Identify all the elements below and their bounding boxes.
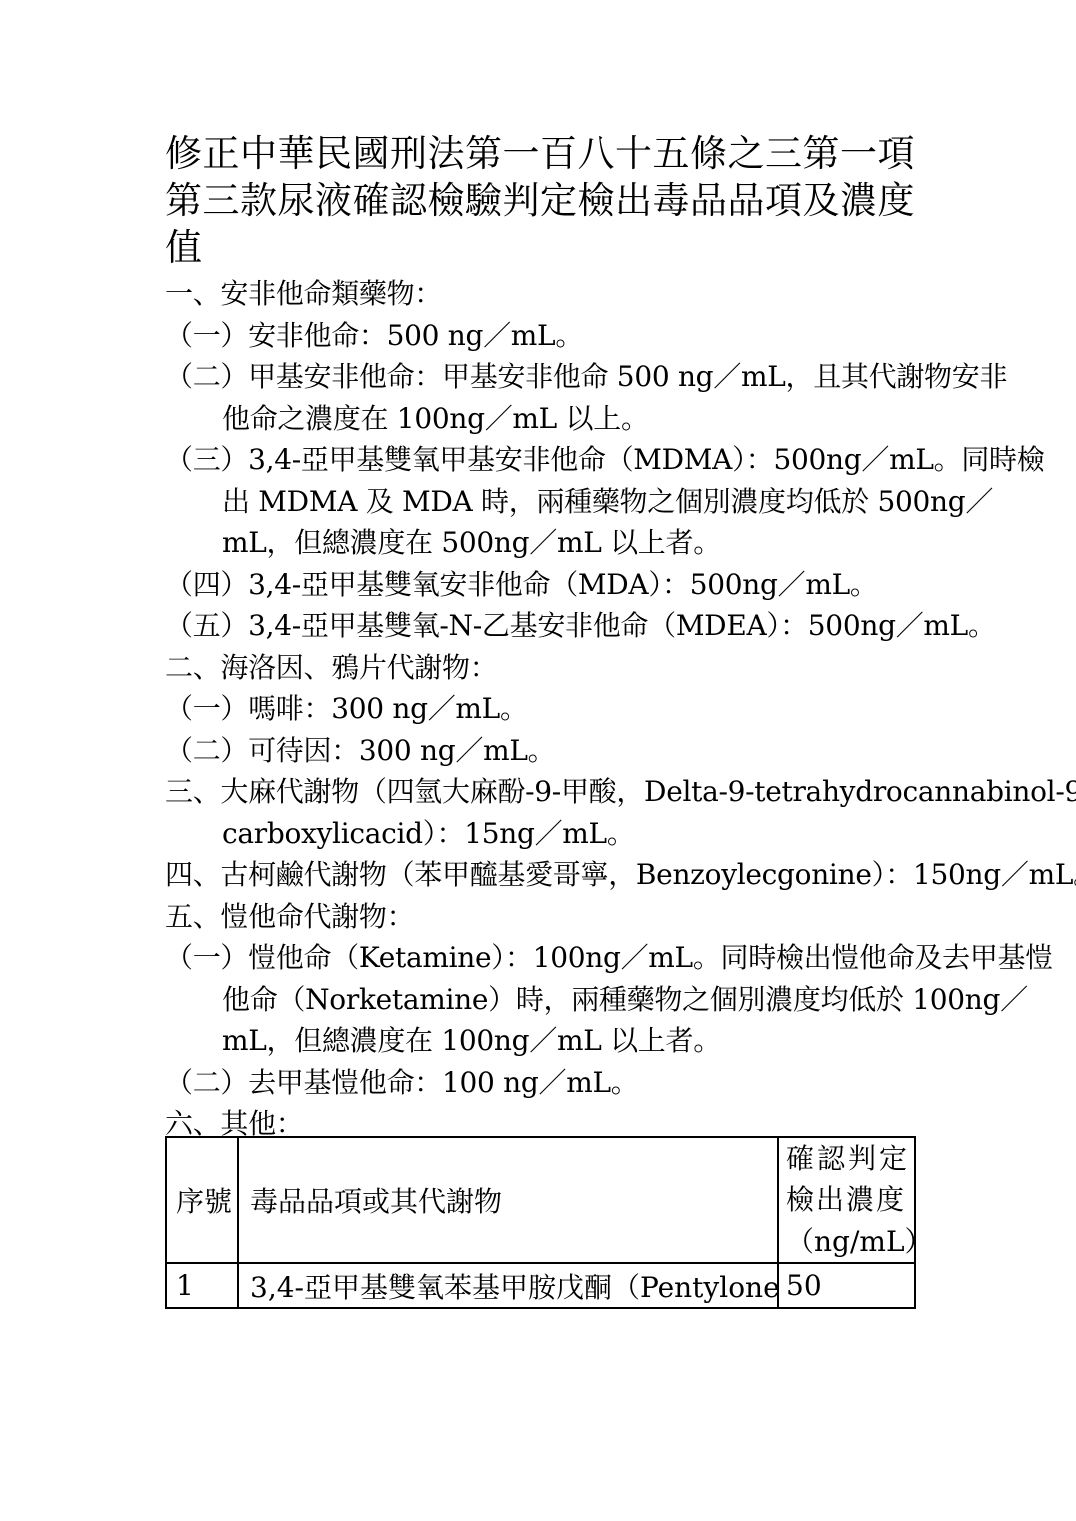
header-cell-serial-number: 序號 (166, 1137, 238, 1264)
document-content: 修正中華民國刑法第一百八十五條之三第一項 第三款尿液確認檢驗判定檢出毒品品項及濃… (165, 130, 913, 1309)
body-line: mL，但總濃度在 100ng／mL 以上者。 (165, 1020, 913, 1062)
body-line: 出 MDMA 及 MDA 時，兩種藥物之個別濃度均低於 500ng／ (165, 481, 913, 523)
title-line: 值 (165, 224, 913, 271)
body-line: 一、安非他命類藥物： (165, 273, 913, 315)
header-concentration-unit: （ng/mL） (786, 1221, 907, 1263)
table-header-row: 序號 毒品品項或其代謝物 確認判定 檢出濃度 （ng/mL） (166, 1137, 915, 1264)
body-line: 三、大麻代謝物（四氫大麻酚-9-甲酸，Delta-9-tetrahydrocan… (165, 771, 913, 813)
body-line: 四、古柯鹼代謝物（苯甲醯基愛哥寧，Benzoylecgonine）：150ng／… (165, 854, 913, 896)
title-line: 修正中華民國刑法第一百八十五條之三第一項 (165, 130, 913, 177)
body-line: 他命（Norketamine）時，兩種藥物之個別濃度均低於 100ng／ (165, 979, 913, 1021)
body-line: （五）3,4-亞甲基雙氧-N-乙基安非他命（MDEA）：500ng／mL。 (165, 605, 913, 647)
header-concentration-line: 確認判定 (786, 1138, 907, 1180)
body-line: （二）去甲基愷他命：100 ng／mL。 (165, 1062, 913, 1104)
cell-drug-item: 3,4-亞甲基雙氧苯基甲胺戊酮（Pentylone） (238, 1263, 778, 1308)
title-line: 第三款尿液確認檢驗判定檢出毒品品項及濃度 (165, 177, 913, 224)
document-page: 修正中華民國刑法第一百八十五條之三第一項 第三款尿液確認檢驗判定檢出毒品品項及濃… (0, 0, 1076, 1521)
body-line: （一）安非他命：500 ng／mL。 (165, 315, 913, 357)
body-line: 五、愷他命代謝物： (165, 896, 913, 938)
header-cell-concentration: 確認判定 檢出濃度 （ng/mL） (778, 1137, 915, 1264)
body-line: （三）3,4-亞甲基雙氧甲基安非他命（MDMA）：500ng／mL。同時檢 (165, 439, 913, 481)
table-row: 1 3,4-亞甲基雙氧苯基甲胺戊酮（Pentylone） 50 (166, 1263, 915, 1308)
body-line: mL，但總濃度在 500ng／mL 以上者。 (165, 522, 913, 564)
cell-concentration-value: 50 (778, 1263, 915, 1308)
body-line: （二）甲基安非他命：甲基安非他命 500 ng／mL，且其代謝物安非 (165, 356, 913, 398)
body-line: 二、海洛因、鴉片代謝物： (165, 647, 913, 689)
body-line: （一）愷他命（Ketamine）：100ng／mL。同時檢出愷他命及去甲基愷 (165, 937, 913, 979)
body-line: （一）嗎啡：300 ng／mL。 (165, 688, 913, 730)
document-title: 修正中華民國刑法第一百八十五條之三第一項 第三款尿液確認檢驗判定檢出毒品品項及濃… (165, 130, 913, 271)
body-line: （二）可待因：300 ng／mL。 (165, 730, 913, 772)
other-drugs-table: 序號 毒品品項或其代謝物 確認判定 檢出濃度 （ng/mL） 1 3,4-亞甲基… (165, 1136, 916, 1310)
body-line: 他命之濃度在 100ng／mL 以上。 (165, 398, 913, 440)
body-line: carboxylicacid）：15ng／mL。 (165, 813, 913, 855)
cell-serial-number: 1 (166, 1263, 238, 1308)
body-line: （四）3,4-亞甲基雙氧安非他命（MDA）：500ng／mL。 (165, 564, 913, 606)
header-cell-drug-item: 毒品品項或其代謝物 (238, 1137, 778, 1264)
header-concentration-line: 檢出濃度 (786, 1179, 907, 1221)
document-body: 一、安非他命類藥物： （一）安非他命：500 ng／mL。 （二）甲基安非他命：… (165, 273, 913, 1145)
